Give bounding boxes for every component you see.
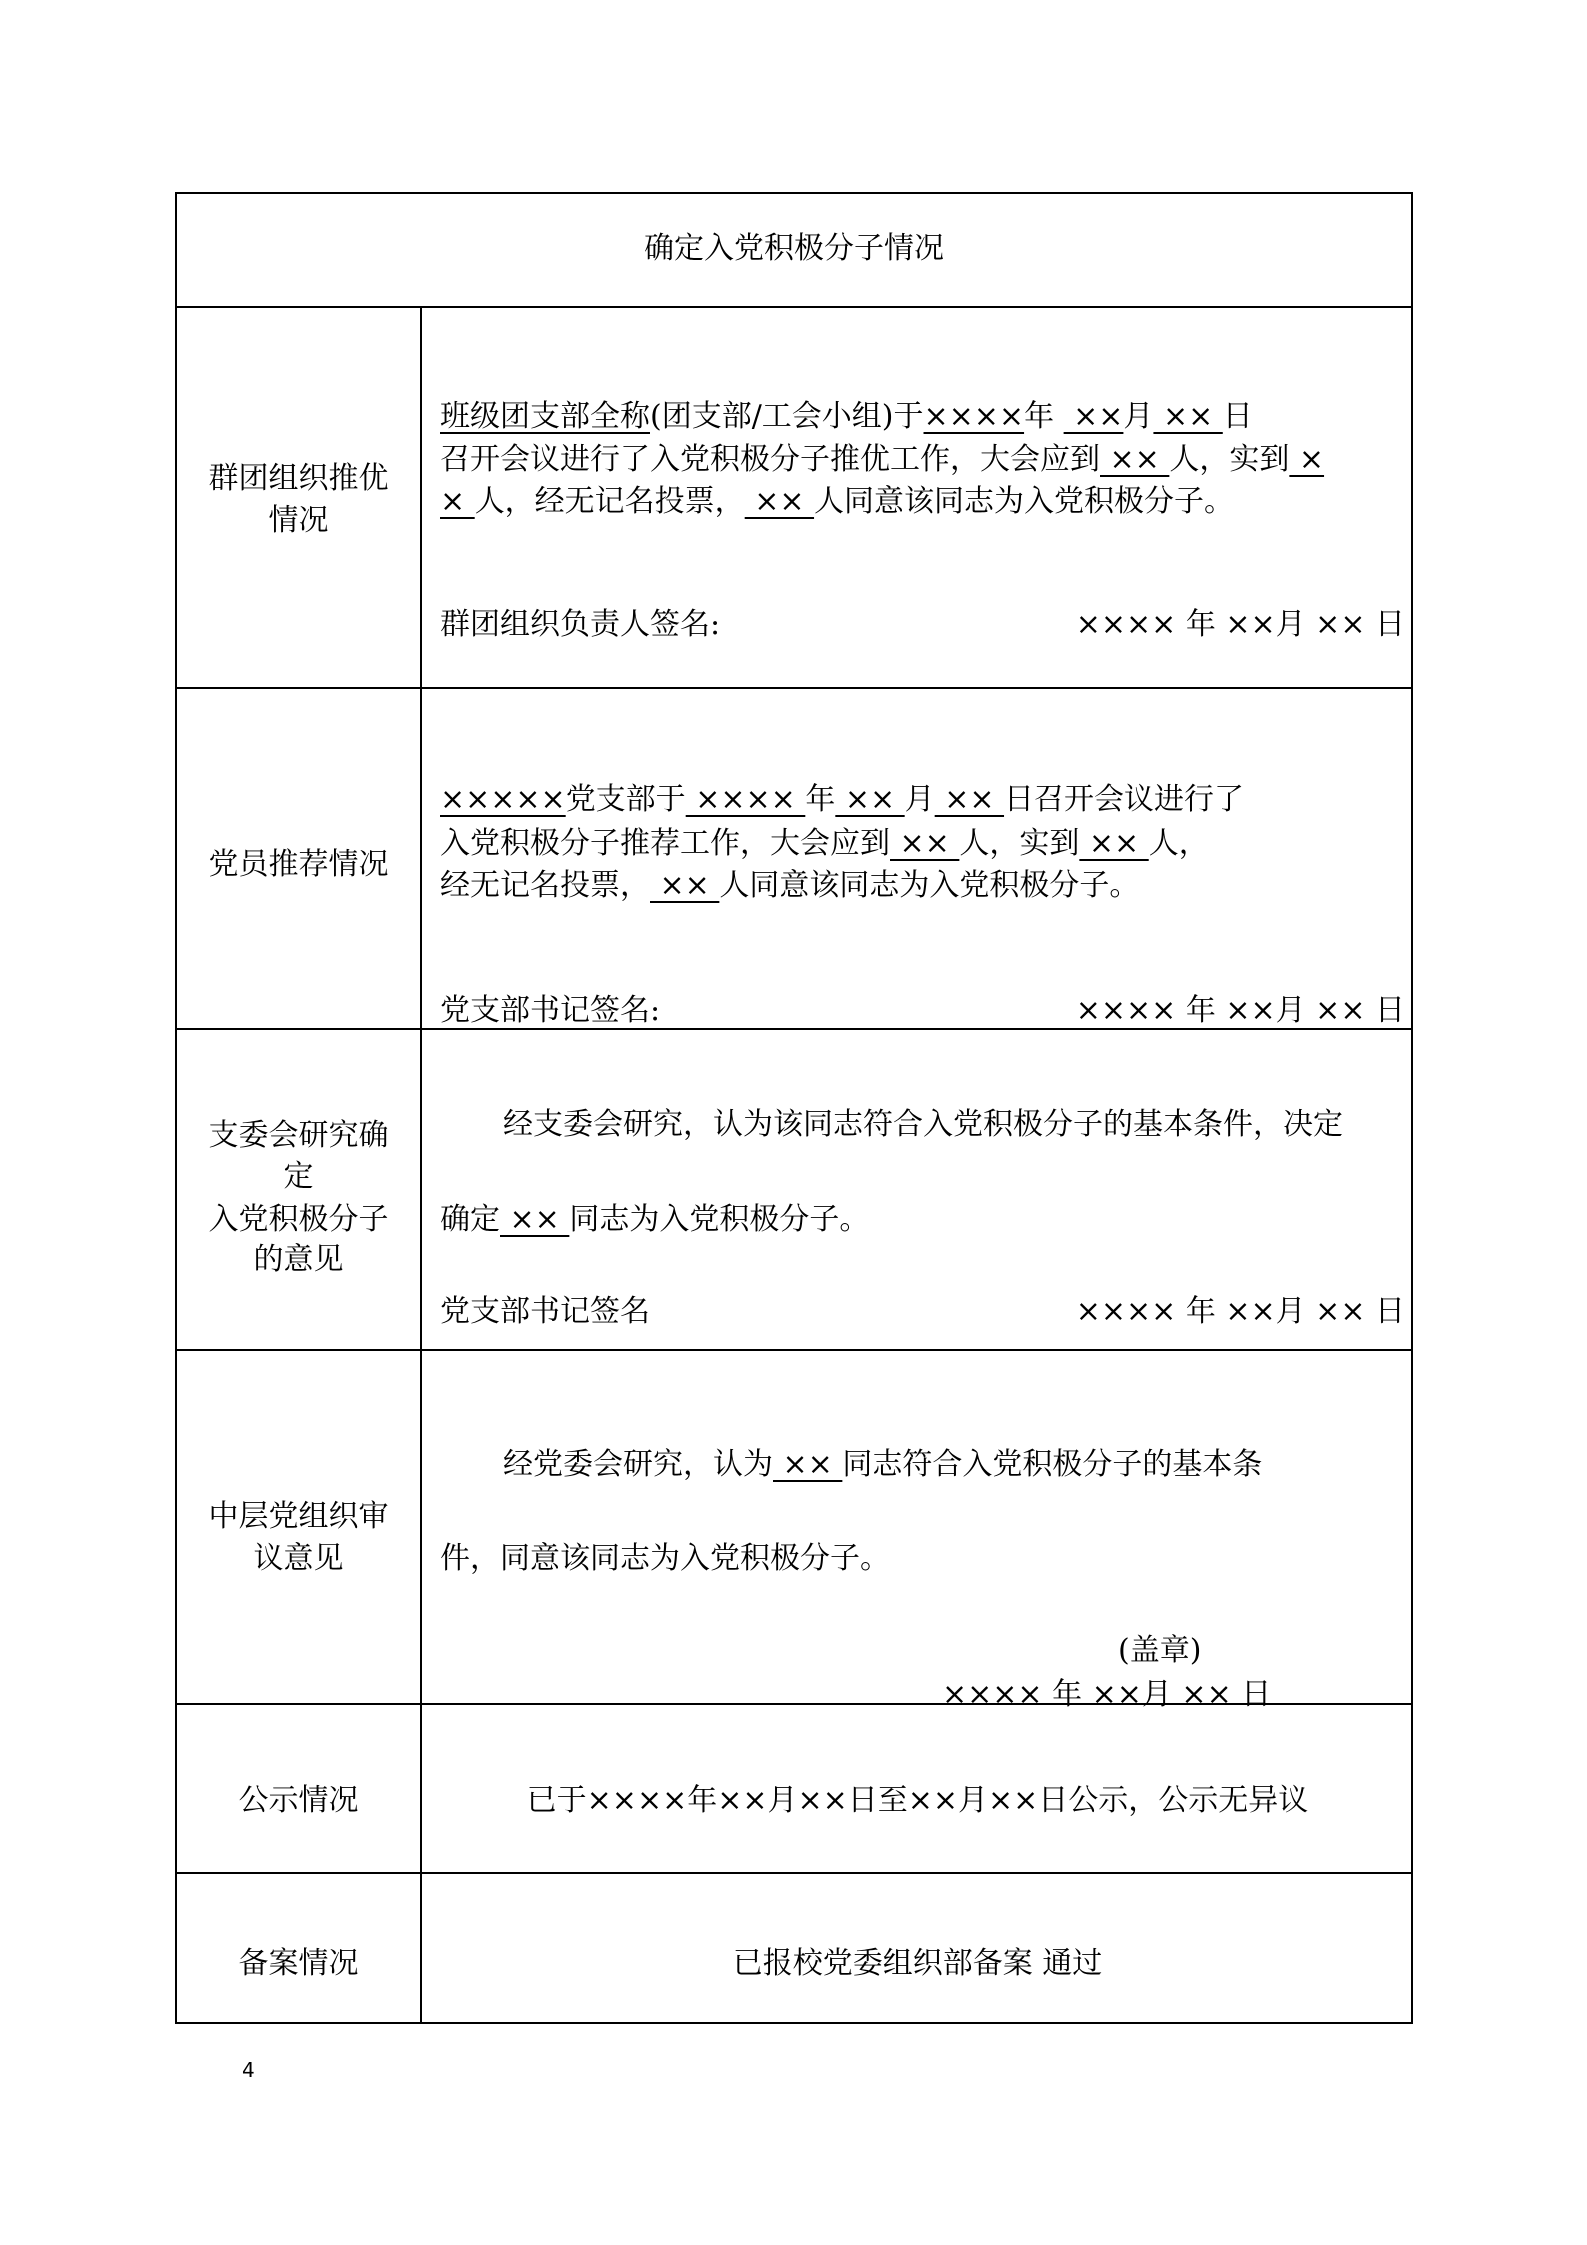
mass-org-line1: 班级团支部全称(团支部/工会小组)于××××年 ××月 ×× 日 <box>440 396 1253 438</box>
text: 人，实到 <box>959 826 1079 861</box>
label-member-rec: 党员推荐情况 <box>177 844 420 886</box>
label-committee-line1: 支委会研究确 <box>177 1115 420 1157</box>
member-rec-sign-label: 党支部书记签名: <box>440 990 660 1032</box>
org-name-field[interactable]: 班级团支部全称 <box>440 399 650 434</box>
row-divider <box>175 687 1413 689</box>
text: 召开会议进行了入党积极分子推优工作，大会应到 <box>440 442 1100 477</box>
table-title: 确定入党积极分子情况 <box>175 228 1413 270</box>
row-divider <box>175 1349 1413 1351</box>
day-field[interactable]: ×× <box>1153 399 1222 434</box>
candidate-name-field[interactable]: ×× <box>773 1447 842 1482</box>
member-rec-line3: 经无记名投票， ×× 人同意该同志为入党积极分子。 <box>440 865 1139 907</box>
year-field[interactable]: ×××× <box>924 399 1025 434</box>
text: 人， <box>1149 826 1209 861</box>
agree-count-field[interactable]: ×× <box>745 484 814 519</box>
year-field[interactable]: ×××× <box>686 782 806 817</box>
should-attend-field[interactable]: ×× <box>1100 442 1169 477</box>
mass-org-sign-label: 群团组织负责人签名: <box>440 604 720 646</box>
text: 人，经无记名投票， <box>475 484 745 519</box>
column-divider <box>420 307 422 2024</box>
row-divider <box>175 306 1413 308</box>
branch-name-field[interactable]: ××××× <box>440 782 566 817</box>
text: 入党积极分子推荐工作，大会应到 <box>440 826 890 861</box>
candidate-name-field[interactable]: ×× <box>500 1202 569 1237</box>
text: 人同意该同志为入党积极分子。 <box>719 868 1139 903</box>
committee-sign-label: 党支部书记签名 <box>440 1291 650 1333</box>
month-field[interactable]: ×× <box>1064 399 1124 434</box>
text: 月 <box>905 782 935 817</box>
label-publicity: 公示情况 <box>177 1780 420 1822</box>
actual-attend-field[interactable]: × <box>1289 442 1324 477</box>
mid-level-line1: 经党委会研究，认为 ×× 同志符合入党积极分子的基本条 <box>503 1444 1262 1486</box>
mass-org-line2: 召开会议进行了入党积极分子推优工作，大会应到 ×× 人，实到 × <box>440 439 1324 481</box>
committee-date[interactable]: ×××× 年 ××月 ×× 日 <box>1076 1291 1405 1333</box>
text: 日 <box>1223 399 1253 434</box>
member-rec-line2: 入党积极分子推荐工作，大会应到 ×× 人，实到 ×× 人， <box>440 823 1209 865</box>
label-committee-line2: 定 <box>177 1156 420 1198</box>
label-mid-level-line1: 中层党组织审 <box>177 1496 420 1538</box>
row-divider <box>175 1872 1413 1874</box>
seal-label: (盖章) <box>1118 1630 1201 1672</box>
text: 同志符合入党积极分子的基本条 <box>842 1447 1262 1482</box>
text: 月 <box>1123 399 1153 434</box>
day-field[interactable]: ×× <box>935 782 1004 817</box>
month-field[interactable]: ×× <box>835 782 904 817</box>
mass-org-date[interactable]: ×××× 年 ××月 ×× 日 <box>1076 604 1405 646</box>
text: 经党委会研究，认为 <box>503 1447 773 1482</box>
text: 日召开会议进行了 <box>1004 782 1244 817</box>
publicity-text: 已于××××年××月××日至××月××日公示，公示无异议 <box>422 1780 1413 1822</box>
page-number: 4 <box>242 2058 255 2082</box>
filing-text: 已报校党委组织部备案 通过 <box>422 1943 1413 1985</box>
label-committee-line4: 的意见 <box>177 1239 420 1281</box>
member-rec-line1: ×××××党支部于 ×××× 年 ×× 月 ×× 日召开会议进行了 <box>440 779 1244 821</box>
should-attend-field[interactable]: ×× <box>890 826 959 861</box>
agree-count-field[interactable]: ×× <box>650 868 719 903</box>
actual-attend-field[interactable]: ×× <box>1079 826 1148 861</box>
member-rec-date[interactable]: ×××× 年 ××月 ×× 日 <box>1076 990 1405 1032</box>
label-committee-line3: 入党积极分子 <box>177 1199 420 1241</box>
label-mass-org-line2: 情况 <box>177 500 420 542</box>
text: 年 <box>1024 399 1054 434</box>
text: 年 <box>805 782 835 817</box>
text: 人，实到 <box>1169 442 1289 477</box>
text: 经无记名投票， <box>440 868 650 903</box>
mid-level-line2: 件，同意该同志为入党积极分子。 <box>440 1538 890 1580</box>
text: 同志为入党积极分子。 <box>569 1202 869 1237</box>
mass-org-line3: × 人，经无记名投票， ×× 人同意该同志为入党积极分子。 <box>440 481 1234 523</box>
committee-line1: 经支委会研究，认为该同志符合入党积极分子的基本条件，决定 <box>503 1104 1343 1146</box>
text: 党支部于 <box>566 782 686 817</box>
label-mid-level-line2: 议意见 <box>177 1538 420 1580</box>
text: 人同意该同志为入党积极分子。 <box>814 484 1234 519</box>
text: 确定 <box>440 1202 500 1237</box>
committee-line2: 确定 ×× 同志为入党积极分子。 <box>440 1199 869 1241</box>
actual-attend-field-cont[interactable]: × <box>440 484 475 519</box>
mid-level-date[interactable]: ×××× 年 ××月 ×× 日 <box>942 1674 1271 1716</box>
label-filing: 备案情况 <box>177 1943 420 1985</box>
label-mass-org-line1: 群团组织推优 <box>177 458 420 500</box>
text: (团支部/工会小组)于 <box>650 399 924 434</box>
